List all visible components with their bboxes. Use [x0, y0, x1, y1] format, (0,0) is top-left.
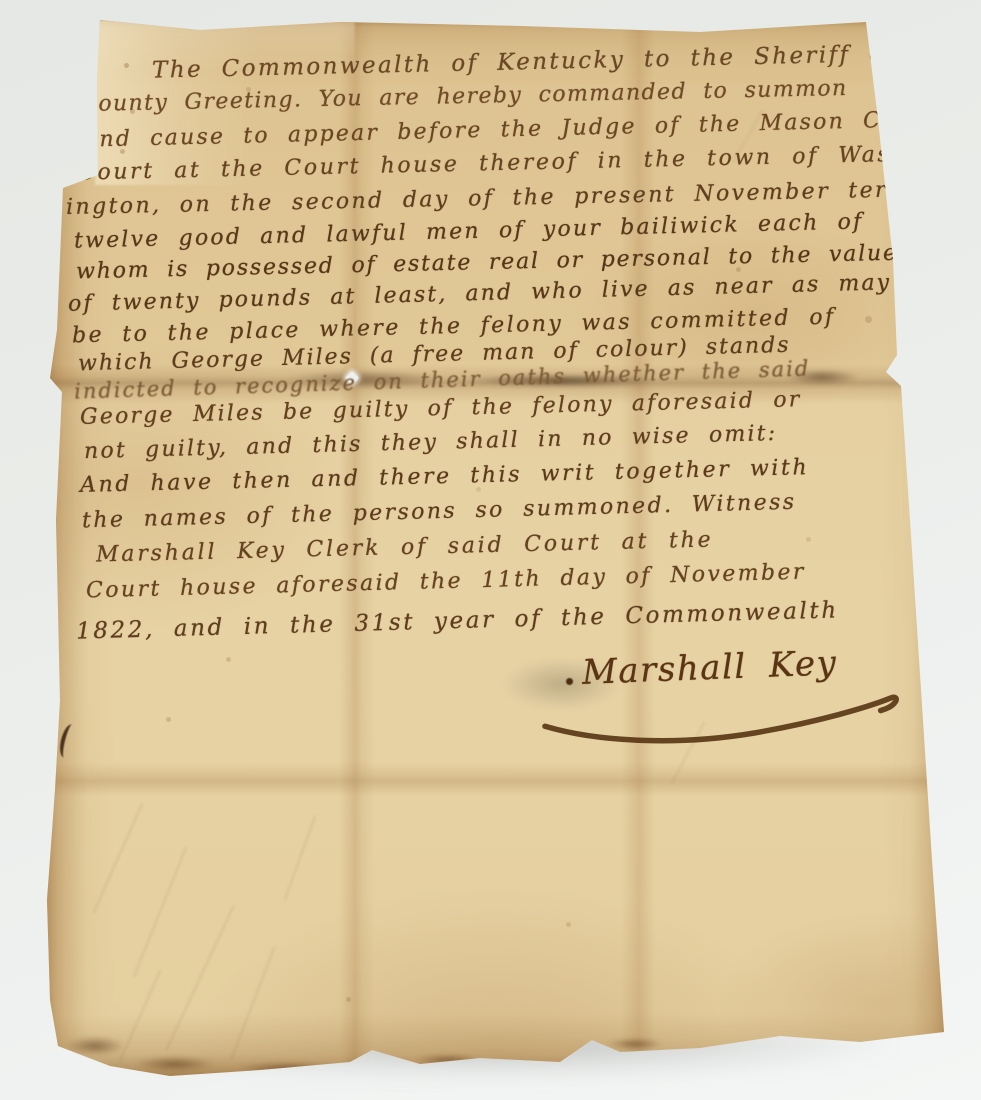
- bottom-stain: [65, 1036, 125, 1056]
- signature-ink-dot: [566, 678, 573, 685]
- clerk-signature: Marshall Key: [581, 643, 838, 693]
- handwriting-line: the names of the persons so summoned. Wi…: [82, 492, 797, 533]
- ghost-stroke: [165, 905, 234, 1051]
- document-paper: The Commonwealth of Kentucky to the Sher…: [47, 18, 947, 1078]
- bottom-stain: [135, 1056, 215, 1072]
- photo-backdrop: { "palette": { "backdrop": "#eaece9", "p…: [0, 0, 981, 1100]
- handwriting-line: 1822, and in the 31st year of the Common…: [76, 599, 839, 643]
- handwriting-line: And have then and there this writ togeth…: [80, 457, 810, 497]
- ghost-stroke: [119, 970, 162, 1062]
- handwriting-line: Court house aforesaid the 11th day of No…: [86, 562, 806, 603]
- ghost-stroke: [93, 803, 144, 913]
- handwriting-line: not guilty, and this they shall in no wi…: [84, 423, 778, 463]
- foxing-freckles: [47, 18, 50, 21]
- ink-blot-left-margin: [57, 723, 79, 759]
- ghost-stroke: [284, 815, 317, 900]
- ghost-stroke: [231, 947, 276, 1060]
- ghost-stroke: [133, 847, 187, 978]
- bottom-stain: [607, 1038, 663, 1050]
- handwriting-line: Marshall Key Clerk of said Court at the: [96, 529, 714, 566]
